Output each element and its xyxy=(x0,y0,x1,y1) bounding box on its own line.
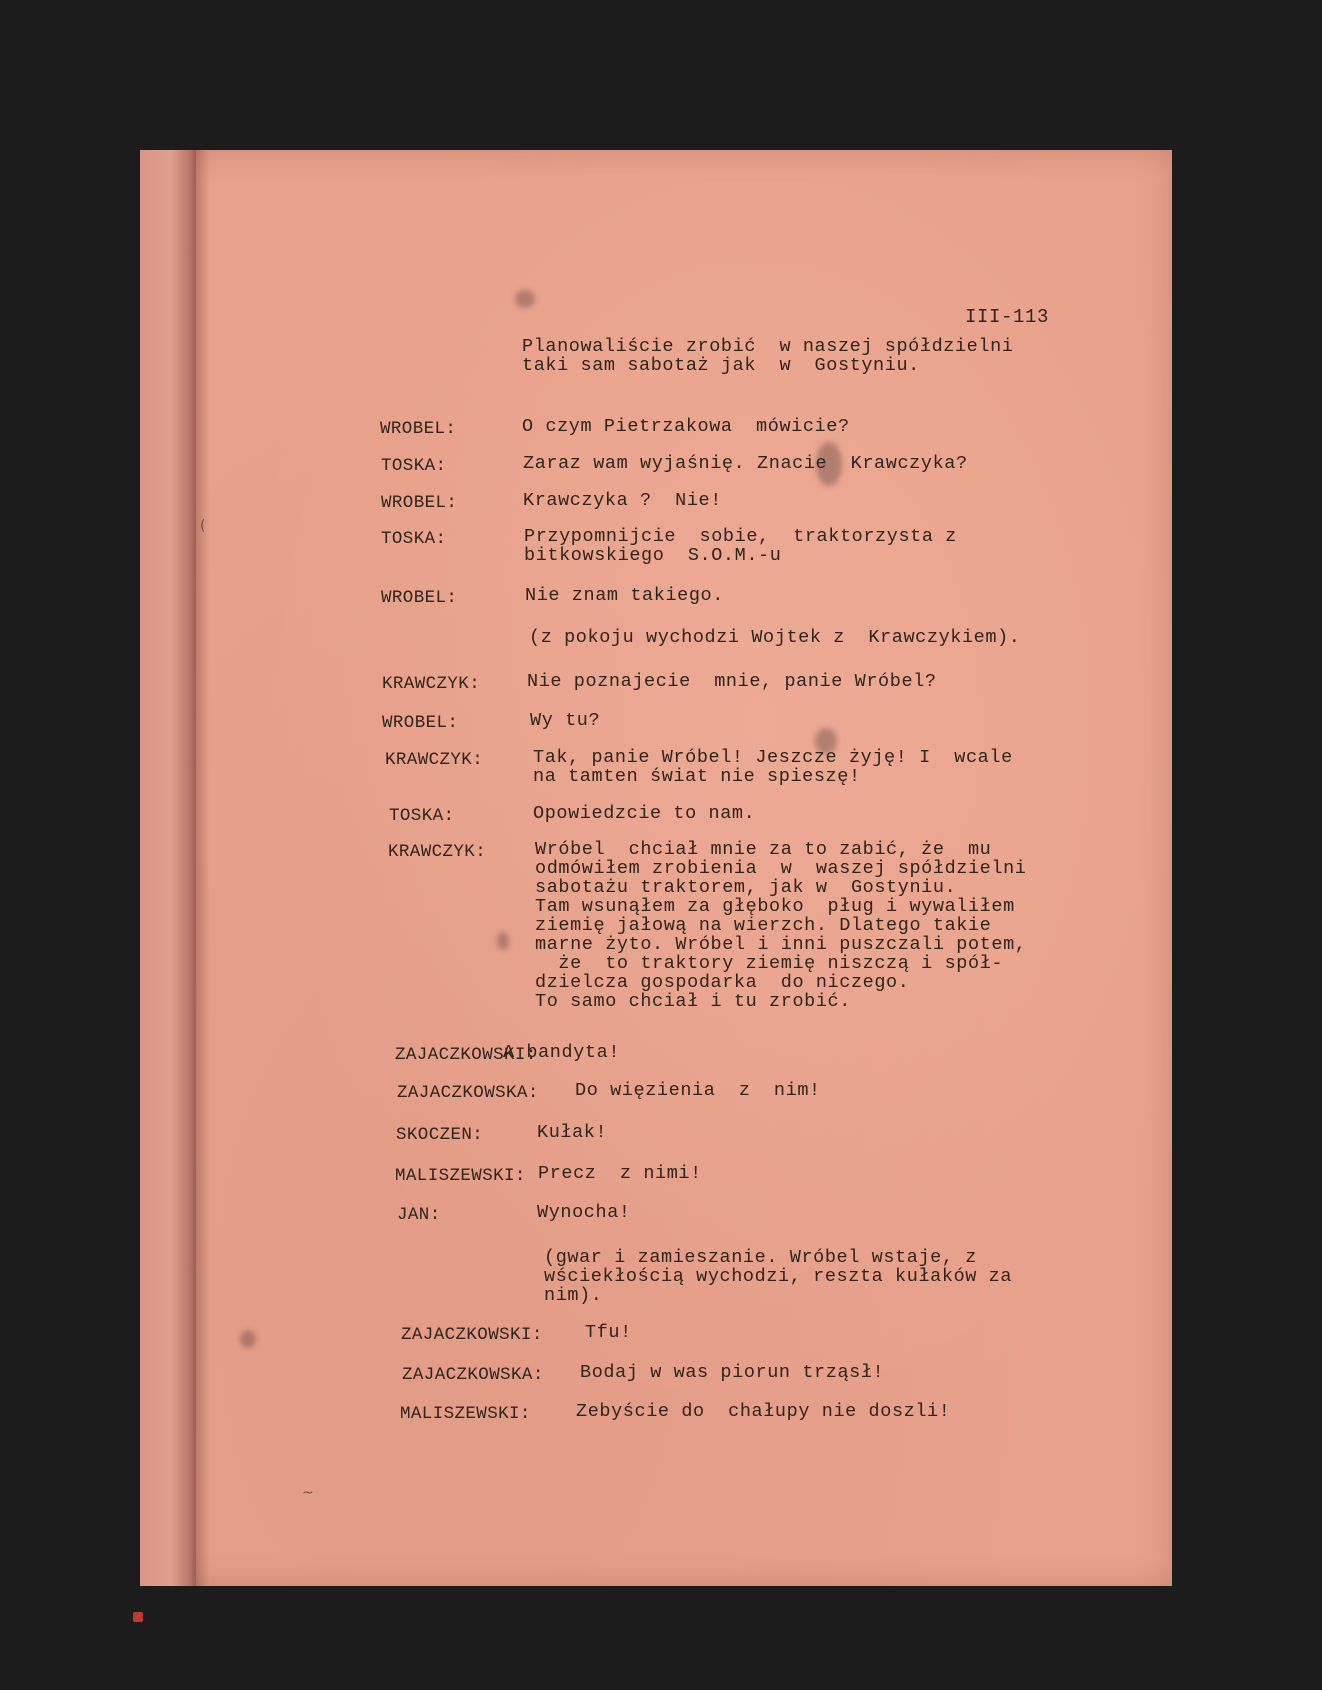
speech-line: na tamten świat nie spieszę! xyxy=(533,767,861,787)
speaker-name: SKOCZEN: xyxy=(396,1124,483,1146)
speaker-name: JAN: xyxy=(397,1204,441,1226)
speaker-name: KRAWCZYK: xyxy=(385,749,483,771)
speaker-name: KRAWCZYK: xyxy=(382,673,480,695)
speech-line: Wróbel chciał mnie za to zabić, że mu xyxy=(535,840,991,860)
opening-line: taki sam sabotaż jak w Gostyniu. xyxy=(522,356,920,376)
speech-line: Opowiedzcie to nam. xyxy=(533,804,755,824)
speaker-name: TOSKA: xyxy=(381,528,446,550)
pencil-mark: ~ xyxy=(302,1485,314,1501)
speech-line: Nie poznajecie mnie, panie Wróbel? xyxy=(527,672,937,692)
speaker-name: WROBEL: xyxy=(380,418,456,440)
speech-line: Tam wsunąłem za głęboko pług i wywaliłem xyxy=(535,897,1015,917)
speech-line: Przypomnijcie sobie, traktorzysta z xyxy=(524,527,957,547)
speech-line: Wynocha! xyxy=(537,1203,631,1223)
page-number: III-113 xyxy=(965,306,1049,328)
stage-direction: (z pokoju wychodzi Wojtek z Krawczykiem)… xyxy=(529,628,1020,648)
ink-smudge xyxy=(515,290,535,308)
ink-smudge xyxy=(240,1330,256,1348)
speaker-name: WROBEL: xyxy=(382,712,458,734)
speaker-name: KRAWCZYK: xyxy=(388,841,486,863)
speaker-name: TOSKA: xyxy=(389,805,454,827)
speech-line: A bandyta! xyxy=(503,1043,620,1063)
opening-line: Planowaliście zrobić w naszej spółdzieln… xyxy=(522,337,1013,357)
speech-line: Zaraz wam wyjaśnię. Znacie Krawczyka? xyxy=(523,454,968,474)
color-mark xyxy=(133,1612,143,1622)
speech-line: Bodaj w was piorun trząsł! xyxy=(580,1363,884,1383)
stage-direction: (gwar i zamieszanie. Wróbel wstaje, z xyxy=(544,1248,977,1268)
speech-line: Kułak! xyxy=(537,1123,607,1143)
speech-line: marne żyto. Wróbel i inni puszczali pote… xyxy=(535,935,1026,955)
typewritten-page: ( ~ III-113 Planowaliście zrobić w nasze… xyxy=(140,150,1172,1586)
speech-line: odmówiłem zrobienia w waszej spółdzielni xyxy=(535,859,1026,879)
speech-line: Precz z nimi! xyxy=(538,1164,702,1184)
stage-direction: wściekłością wychodzi, reszta kułaków za xyxy=(544,1267,1012,1287)
speaker-name: TOSKA: xyxy=(381,455,446,477)
speech-line: Tak, panie Wróbel! Jeszcze żyję! I wcale xyxy=(533,748,1013,768)
speech-line: że to traktory ziemię niszczą i spół- xyxy=(535,954,1003,974)
speech-line: To samo chciał i tu zrobić. xyxy=(535,992,851,1012)
speech-line: Zebyście do chałupy nie doszli! xyxy=(576,1402,950,1422)
stage-direction: nim). xyxy=(544,1286,603,1306)
speech-line: sabotażu traktorem, jak w Gostyniu. xyxy=(535,878,956,898)
speech-line: bitkowskiego S.O.M.-u xyxy=(524,546,781,566)
speech-line: Do więzienia z nim! xyxy=(575,1081,821,1101)
speech-line: Wy tu? xyxy=(530,711,600,731)
speech-line: Tfu! xyxy=(585,1323,632,1343)
speaker-name: ZAJACZKOWSKI: xyxy=(401,1324,543,1346)
speaker-name: WROBEL: xyxy=(381,587,457,609)
speech-line: dzielcza gospodarka do niczego. xyxy=(535,973,909,993)
speaker-name: ZAJACZKOWSKA: xyxy=(402,1364,544,1386)
speech-line: Krawczyka ? Nie! xyxy=(523,491,722,511)
speaker-name: MALISZEWSKI: xyxy=(395,1165,526,1187)
speaker-name: MALISZEWSKI: xyxy=(400,1403,531,1425)
speech-line: Nie znam takiego. xyxy=(525,586,724,606)
page-binding-edge xyxy=(140,150,196,1586)
binding-shadow xyxy=(196,150,210,1586)
scanned-document: ( ~ III-113 Planowaliście zrobić w nasze… xyxy=(0,0,1322,1690)
speaker-name: ZAJACZKOWSKA: xyxy=(397,1082,539,1104)
speech-line: O czym Pietrzakowa mówicie? xyxy=(522,417,850,437)
speaker-name: WROBEL: xyxy=(381,492,457,514)
pencil-mark: ( xyxy=(200,518,205,534)
ink-smudge xyxy=(497,932,509,950)
speech-line: ziemię jałową na wierzch. Dlatego takie xyxy=(535,916,991,936)
